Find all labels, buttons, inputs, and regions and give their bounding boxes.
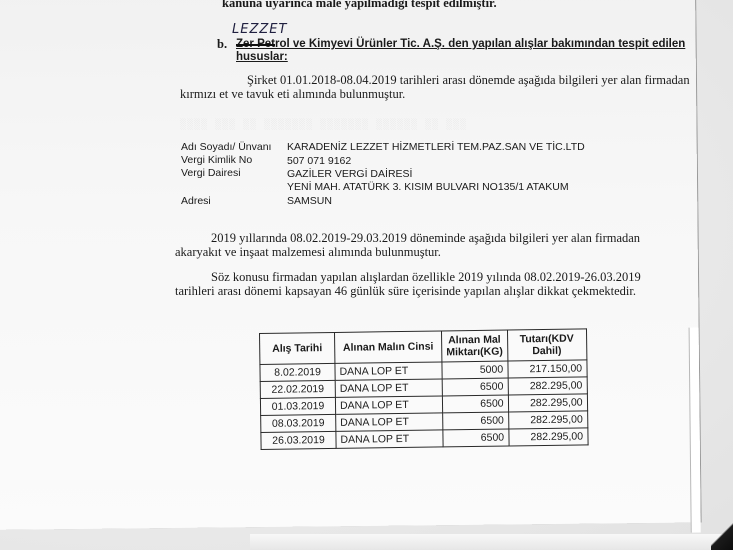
section-b-marker: b.: [217, 37, 227, 51]
cell-type: DANA LOP ET: [335, 362, 442, 380]
cell-date: 26.03.2019: [261, 431, 336, 449]
cell-qty: 6500: [443, 429, 509, 447]
cell-type: DANA LOP ET: [336, 430, 443, 448]
struck-company-name: Zer Pet: [236, 37, 275, 51]
cell-type: DANA LOP ET: [335, 379, 442, 397]
header-qty-line1: Alınan Mal: [448, 334, 501, 347]
header-amount: Tutarı(KDV Dahil): [507, 329, 586, 361]
section-b-title-line2: hususlar:: [236, 50, 288, 64]
cell-qty: 6500: [442, 395, 508, 413]
paragraph3-line1: Söz konusu firmadan yapılan alışlardan ö…: [211, 270, 641, 284]
page-fold: [689, 327, 701, 532]
paragraph1-line1: Şirket 01.01.2018-08.04.2019 tarihleri a…: [247, 73, 690, 87]
cell-amount: 282.295,00: [508, 411, 587, 429]
cell-date: 01.03.2019: [260, 397, 335, 415]
cell-qty: 5000: [442, 361, 508, 379]
paragraph3-line2: tarihleri arası dönemi kapsayan 46 günlü…: [175, 284, 636, 298]
handwritten-correction: LEZZET: [232, 22, 287, 37]
header-amount-line1: Tutarı(KDV: [520, 333, 574, 346]
cell-amount: 282.295,00: [508, 428, 587, 446]
info-value-name: KARADENİZ LEZZET HİZMETLERİ TEM.PAZ.SAN …: [287, 141, 585, 153]
paragraph2-line1: 2019 yıllarında 08.02.2019-29.03.2019 dö…: [211, 231, 640, 245]
corner-shadow: [711, 522, 733, 550]
cell-date: 22.02.2019: [260, 380, 335, 398]
section-b-title-text: rol ve Kimyevi Ürünler Tic. A.Ş. den yap…: [275, 38, 685, 50]
cell-date: 08.03.2019: [261, 414, 336, 432]
info-label-address: Adresi: [181, 195, 211, 207]
info-label-tax-office: Vergi Dairesi: [181, 167, 241, 179]
cell-qty: 6500: [443, 412, 509, 430]
info-label-tax-id: Vergi Kimlik No: [181, 154, 252, 166]
paragraph1-line2: kırmızı et ve tavuk eti alımında bulunmu…: [180, 87, 405, 101]
info-value-address-line1: YENİ MAH. ATATÜRK 3. KISIM BULVARI NO135…: [287, 181, 569, 193]
header-amount-line2: Dahil): [532, 345, 561, 357]
header-type: Alınan Malın Cinsi: [334, 331, 441, 363]
purchases-table: Alış Tarihi Alınan Malın Cinsi Alınan Ma…: [259, 328, 588, 450]
info-value-address-line2: SAMSUN: [287, 195, 332, 207]
cell-qty: 6500: [442, 378, 508, 396]
info-label-name: Adı Soyadı/ Ünvanı: [181, 141, 271, 153]
cell-amount: 282.295,00: [508, 377, 587, 395]
table-header-row: Alış Tarihi Alınan Malın Cinsi Alınan Ma…: [260, 329, 587, 365]
cell-type: DANA LOP ET: [335, 396, 442, 414]
cell-amount: 217.150,00: [508, 360, 587, 378]
header-qty-line2: Miktarı(KG): [446, 346, 503, 359]
section-b-title: Zer Petrol ve Kimyevi Ürünler Tic. A.Ş. …: [236, 37, 685, 51]
cell-type: DANA LOP ET: [336, 413, 443, 431]
cell-date: 8.02.2019: [260, 363, 335, 381]
header-date: Alış Tarihi: [260, 332, 335, 364]
top-cut-line: kanuna uyarınca mâle yapılmadığı tespit …: [222, 0, 497, 10]
page-bottom-shadow: [250, 534, 733, 550]
paragraph2-line2: akaryakıt ve inşaat malzemesi alımında b…: [175, 245, 441, 259]
header-qty: Alınan Mal Miktarı(KG): [441, 330, 507, 362]
bleed-through-text: ░░░░ ░░░ ░░ ░░░░░░░ ░░░░░░░ ░░░░░░ ░░ ░░…: [180, 120, 467, 131]
info-value-tax-office: GAZİLER VERGİ DAİRESİ: [287, 168, 412, 180]
cell-amount: 282.295,00: [508, 394, 587, 412]
info-value-tax-id: 507 071 9162: [287, 155, 351, 167]
